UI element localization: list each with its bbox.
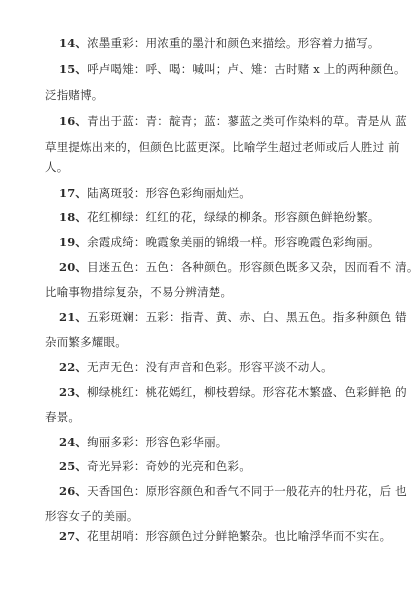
entry-text: 余霞成绮：晚霞象美丽的锦缎一样。形容晚霞色彩绚丽。 bbox=[87, 235, 380, 249]
entry-number: 20、 bbox=[59, 260, 87, 274]
entry-26: 26、天香国色：原形容颜色和香气不同于一般花卉的牡丹花，后 也 bbox=[59, 484, 407, 498]
entry-text: 天香国色：原形容颜色和香气不同于一般花卉的牡丹花，后 也 bbox=[87, 484, 407, 498]
entry-number: 14、 bbox=[59, 36, 87, 50]
entry-21-cont: 杂而繁多耀眼。 bbox=[45, 335, 127, 349]
entry-text: 花红柳绿：红红的花，绿绿的柳条。形容颜色鲜艳纷繁。 bbox=[87, 210, 380, 224]
document-page: 14、浓墨重彩：用浓重的墨汁和颜色来描绘。形容着力描写。 15、呼卢喝雉：呼、喝… bbox=[0, 0, 412, 600]
entry-text: 柳绿桃红：桃花嫣红，柳枝碧绿。形容花木繁盛、色彩鲜艳 的 bbox=[87, 385, 407, 399]
entry-18: 18、花红柳绿：红红的花，绿绿的柳条。形容颜色鲜艳纷繁。 bbox=[59, 210, 380, 224]
entry-15: 15、呼卢喝雉：呼、喝：喊叫；卢、雉：古时赌 x 上的两种颜色。 bbox=[59, 62, 406, 76]
entry-text: 奇光异彩：奇妙的光亮和色彩。 bbox=[87, 459, 251, 473]
entry-number: 16、 bbox=[59, 114, 87, 128]
entry-number: 17、 bbox=[59, 186, 87, 200]
entry-14: 14、浓墨重彩：用浓重的墨汁和颜色来描绘。形容着力描写。 bbox=[59, 36, 380, 50]
entry-24: 24、绚丽多彩：形容色彩华丽。 bbox=[59, 435, 228, 449]
entry-20-cont: 比喻事物措综复杂，不易分辨清楚。 bbox=[45, 285, 232, 299]
entry-19: 19、余霞成绮：晚霞象美丽的锦缎一样。形容晚霞色彩绚丽。 bbox=[59, 235, 380, 249]
entry-26-cont: 形容女子的美丽。 bbox=[45, 509, 139, 523]
entry-number: 21、 bbox=[59, 310, 87, 324]
entry-25: 25、奇光异彩：奇妙的光亮和色彩。 bbox=[59, 459, 251, 473]
entry-17: 17、陆离斑驳：形容色彩绚丽灿烂。 bbox=[59, 186, 251, 200]
entry-16-cont: 草里提炼出来的，但颜色比蓝更深。比喻学生超过老师或后人胜过 前 bbox=[45, 140, 400, 154]
entry-number: 15、 bbox=[59, 62, 87, 76]
entry-23: 23、柳绿桃红：桃花嫣红，柳枝碧绿。形容花木繁盛、色彩鲜艳 的 bbox=[59, 385, 407, 399]
entry-text: 青出于蓝：青：靛青；蓝：蓼蓝之类可作染料的草。青是从 蓝 bbox=[87, 114, 407, 128]
entry-text: 五彩斑斓：五彩：指青、黄、赤、白、黑五色。指多种颜色 错 bbox=[87, 310, 407, 324]
entry-15-cont: 泛指赌博。 bbox=[45, 88, 104, 102]
entry-text: 呼卢喝雉：呼、喝：喊叫；卢、雉：古时赌 x 上的两种颜色。 bbox=[87, 62, 406, 76]
entry-16-cont: 人。 bbox=[45, 160, 68, 174]
entry-text: 绚丽多彩：形容色彩华丽。 bbox=[87, 435, 227, 449]
entry-number: 19、 bbox=[59, 235, 87, 249]
entry-number: 18、 bbox=[59, 210, 87, 224]
entry-23-cont: 春景。 bbox=[45, 410, 80, 424]
entry-number: 23、 bbox=[59, 385, 87, 399]
entry-text: 浓墨重彩：用浓重的墨汁和颜色来描绘。形容着力描写。 bbox=[87, 36, 380, 50]
entry-22: 22、无声无色：没有声音和色彩。形容平淡不动人。 bbox=[59, 360, 333, 374]
entry-text: 陆离斑驳：形容色彩绚丽灿烂。 bbox=[87, 186, 251, 200]
entry-number: 26、 bbox=[59, 484, 87, 498]
entry-number: 24、 bbox=[59, 435, 87, 449]
entry-21: 21、五彩斑斓：五彩：指青、黄、赤、白、黑五色。指多种颜色 错 bbox=[59, 310, 407, 324]
entry-20: 20、目迷五色：五色：各种颜色。形容颜色既多又杂，因而看不 清。 bbox=[59, 260, 412, 274]
entry-16: 16、青出于蓝：青：靛青；蓝：蓼蓝之类可作染料的草。青是从 蓝 bbox=[59, 114, 407, 128]
entry-text: 目迷五色：五色：各种颜色。形容颜色既多又杂，因而看不 清。 bbox=[87, 260, 412, 274]
entry-number: 25、 bbox=[59, 459, 87, 473]
entry-text: 花里胡哨：形容颜色过分鲜艳繁杂。也比喻浮华而不实在。 bbox=[87, 529, 391, 543]
entry-number: 22、 bbox=[59, 360, 87, 374]
entry-27: 27、花里胡哨：形容颜色过分鲜艳繁杂。也比喻浮华而不实在。 bbox=[59, 529, 391, 543]
entry-number: 27、 bbox=[59, 529, 87, 543]
entry-text: 无声无色：没有声音和色彩。形容平淡不动人。 bbox=[87, 360, 333, 374]
